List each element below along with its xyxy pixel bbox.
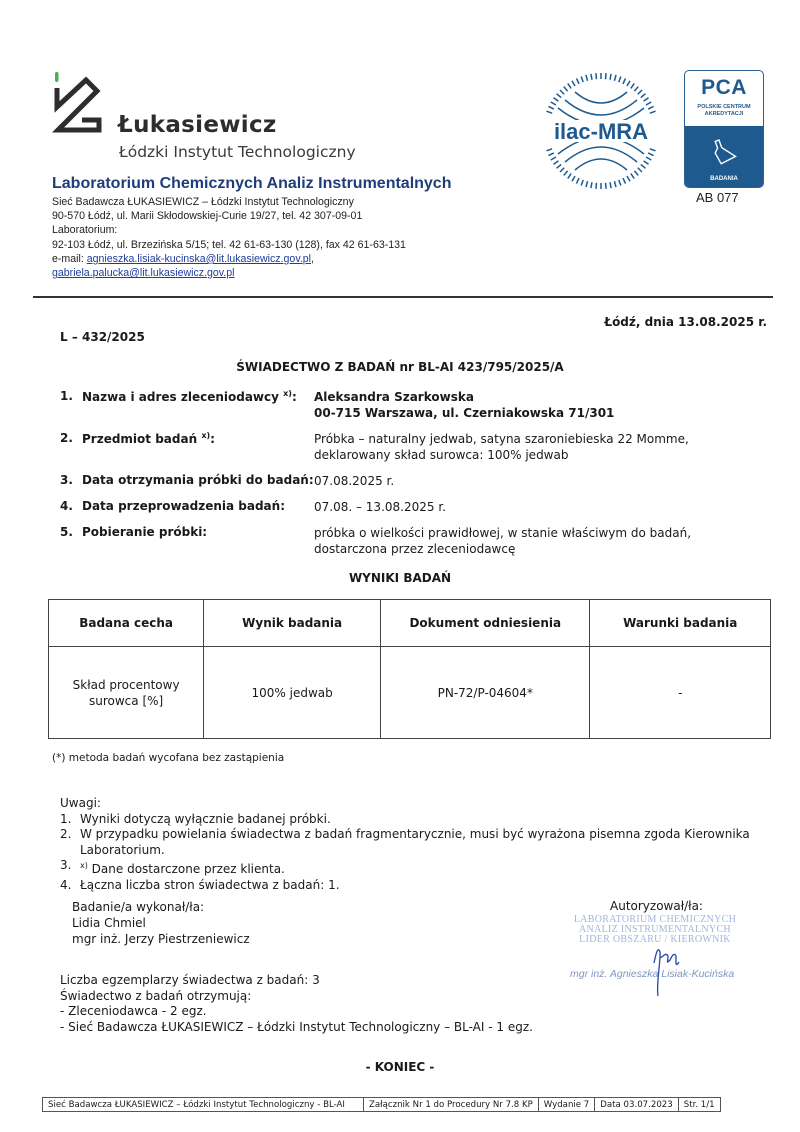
- info-value: próbka o wielkości prawidłowej, w stanie…: [314, 525, 760, 557]
- pca-subtitle-line: POLSKIE CENTRUM: [685, 104, 763, 111]
- results-footnote: (*) metoda badań wycofana bez zastąpieni…: [52, 752, 284, 764]
- footer-cell: Wydanie 7: [538, 1098, 594, 1112]
- address-line: Laboratorium:: [52, 223, 406, 237]
- info-label: Data przeprowadzenia badań:: [82, 499, 314, 515]
- info-number: 2.: [60, 431, 82, 463]
- info-number: 5.: [60, 525, 82, 557]
- footer-cell: Załącznik Nr 1 do Procedury Nr 7.8 KP: [364, 1098, 539, 1112]
- page-footer: Sieć Badawcza ŁUKASIEWICZ – Łódzki Insty…: [42, 1097, 721, 1112]
- info-row-sampling: 5. Pobieranie próbki: próbka o wielkości…: [60, 525, 760, 557]
- recipient: - Sieć Badawcza ŁUKASIEWICZ – Łódzki Ins…: [60, 1020, 533, 1036]
- certificate-title: ŚWIADECTWO Z BADAŃ nr BL-AI 423/795/2025…: [0, 360, 800, 374]
- lab-title: Laboratorium Chemicznych Analiz Instrume…: [52, 175, 451, 193]
- address-line: Sieć Badawcza ŁUKASIEWICZ – Łódzki Insty…: [52, 195, 406, 209]
- info-row-subject: 2. Przedmiot badań x): Próbka – naturaln…: [60, 431, 760, 463]
- email-link-1[interactable]: agnieszka.lisiak-kucinska@lit.lukasiewic…: [87, 253, 311, 265]
- results-title: WYNIKI BADAŃ: [0, 571, 800, 585]
- cell-conditions: -: [590, 647, 771, 739]
- info-row-received-date: 3. Data otrzymania próbki do badań: 07.0…: [60, 473, 760, 489]
- authorized-label: Autoryzował/ła:: [610, 899, 703, 913]
- cell-reference: PN-72/P-04604*: [381, 647, 590, 739]
- info-label: Przedmiot badań x):: [82, 431, 314, 463]
- pca-accreditation-badge: PCA POLSKIE CENTRUM AKREDYTACJI BADANIA: [684, 70, 764, 188]
- info-label: Nazwa i adres zleceniodawcy x):: [82, 389, 314, 421]
- column-header: Warunki badania: [590, 600, 771, 647]
- performed-by-section: Badanie/a wykonał/ła: Lidia Chmiel mgr i…: [72, 899, 250, 947]
- info-number: 3.: [60, 473, 82, 489]
- cell-result: 100% jedwab: [204, 647, 381, 739]
- recipients-label: Świadectwo z badań otrzymują:: [60, 989, 533, 1005]
- pca-badge-label: BADANIA: [685, 176, 763, 182]
- info-number: 1.: [60, 389, 82, 421]
- table-row: Skład procentowysurowca [%] 100% jedwab …: [49, 647, 771, 739]
- lukasiewicz-logo-icon: [52, 72, 104, 138]
- copies-section: Liczba egzemplarzy świadectwa z badań: 3…: [60, 973, 533, 1035]
- end-marker: - KONIEC -: [0, 1060, 800, 1074]
- ilac-label: ilac-MRA: [554, 119, 648, 144]
- column-header: Badana cecha: [49, 600, 204, 647]
- recipient: - Zleceniodawca - 2 egz.: [60, 1004, 533, 1020]
- notes-section: Uwagi: 1.Wyniki dotyczą wyłącznie badane…: [60, 796, 770, 893]
- info-row-client: 1. Nazwa i adres zleceniodawcy x): Aleks…: [60, 389, 760, 421]
- pca-label: PCA: [685, 76, 763, 100]
- sample-info-list: 1. Nazwa i adres zleceniodawcy x): Aleks…: [60, 389, 760, 567]
- results-table: Badana cecha Wynik badania Dokument odni…: [48, 599, 771, 739]
- lab-address: Sieć Badawcza ŁUKASIEWICZ – Łódzki Insty…: [52, 195, 406, 280]
- notes-heading: Uwagi:: [60, 796, 770, 812]
- ilac-mra-logo-icon: ilac-MRA: [540, 70, 662, 192]
- footer-cell: Data 03.07.2023: [595, 1098, 678, 1112]
- note-item: 3.x) Dane dostarczone przez klienta.: [60, 858, 770, 878]
- info-value: 07.08. – 13.08.2025 r.: [314, 499, 760, 515]
- footer-cell: Sieć Badawcza ŁUKASIEWICZ – Łódzki Insty…: [43, 1098, 364, 1112]
- email-link-2[interactable]: gabriela.palucka@lit.lukasiewicz.gov.pl: [52, 267, 235, 279]
- column-header: Dokument odniesienia: [381, 600, 590, 647]
- performer-name: mgr inż. Jerzy Piestrzeniewicz: [72, 931, 250, 947]
- brand-name: Łukasiewicz: [118, 112, 277, 138]
- performed-label: Badanie/a wykonał/ła:: [72, 899, 250, 915]
- note-item: 1.Wyniki dotyczą wyłącznie badanej próbk…: [60, 812, 770, 828]
- accreditation-number: AB 077: [696, 190, 739, 205]
- footer-cell: Str. 1/1: [678, 1098, 720, 1112]
- brand-subtitle: Łódzki Instytut Technologiczny: [119, 143, 356, 161]
- results-header-row: Badana cecha Wynik badania Dokument odni…: [49, 600, 771, 647]
- info-label: Data otrzymania próbki do badań:: [82, 473, 314, 489]
- authorizer-name: mgr inż. Agnieszka Lisiak-Kucińska: [570, 968, 734, 980]
- info-number: 4.: [60, 499, 82, 515]
- flask-icon: [709, 136, 739, 166]
- info-row-test-dates: 4. Data przeprowadzenia badań: 07.08. – …: [60, 499, 760, 515]
- pca-subtitle: POLSKIE CENTRUM AKREDYTACJI: [685, 104, 763, 118]
- address-line: 92-103 Łódź, ul. Brzezińska 5/15; tel. 4…: [52, 238, 406, 252]
- info-label: Pobieranie próbki:: [82, 525, 314, 557]
- info-value: Próbka – naturalny jedwab, satyna szaron…: [314, 431, 760, 463]
- reference-number: L – 432/2025: [60, 330, 145, 344]
- performer-name: Lidia Chmiel: [72, 915, 250, 931]
- cell-feature: Skład procentowysurowca [%]: [49, 647, 204, 739]
- column-header: Wynik badania: [204, 600, 381, 647]
- info-value: Aleksandra Szarkowska00-715 Warszawa, ul…: [314, 389, 760, 421]
- email-line: e-mail: agnieszka.lisiak-kucinska@lit.lu…: [52, 252, 406, 266]
- email-prefix: e-mail:: [52, 253, 87, 265]
- note-item: 2.W przypadku powielania świadectwa z ba…: [60, 827, 770, 858]
- copies-count: Liczba egzemplarzy świadectwa z badań: 3: [60, 973, 533, 989]
- info-value: 07.08.2025 r.: [314, 473, 760, 489]
- header-divider: [33, 296, 773, 298]
- note-item: 4.Łączna liczba stron świadectwa z badań…: [60, 878, 770, 894]
- address-line: 90-570 Łódź, ul. Marii Skłodowskiej-Curi…: [52, 209, 406, 223]
- city-date: Łódź, dnia 13.08.2025 r.: [604, 315, 767, 329]
- pca-subtitle-line: AKREDYTACJI: [685, 111, 763, 118]
